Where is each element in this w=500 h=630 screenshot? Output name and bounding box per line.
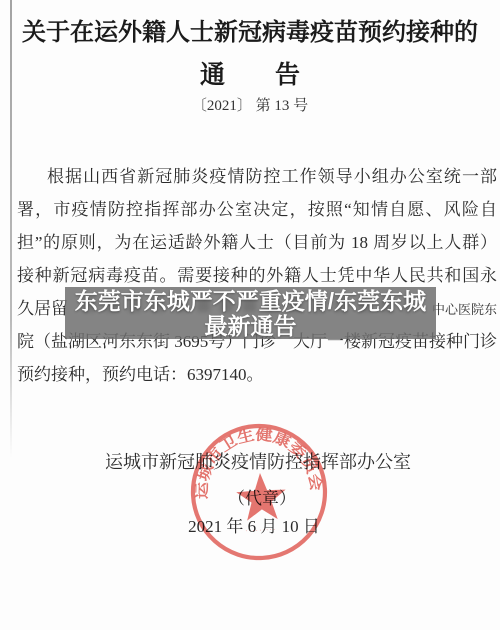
body-line-7: 预约接种，预约电话：6397140。: [17, 358, 497, 391]
notice-document: 关于在运外籍人士新冠病毒疫苗预约接种的 通 告 〔2021〕 第 13 号 根据…: [0, 0, 500, 630]
official-red-seal: 运城市卫生健康委员会 ·········: [178, 411, 341, 574]
body-line-1: 根据山西省新冠肺炎疫情防控工作领导小组办公室统一部: [17, 160, 497, 193]
document-number: 〔2021〕 第 13 号: [0, 94, 500, 115]
body-line-2: 署，市疫情防控指挥部办公室决定，按照“知情自愿、风险自: [17, 193, 497, 226]
watermark-banner: 东莞市东城严不严重疫情/东莞东城 最新通告: [65, 287, 436, 339]
notice-title-line1: 关于在运外籍人士新冠病毒疫苗预约接种的: [0, 12, 500, 47]
body-line-3: 担”的原则，为在运适龄外籍人士（目前为 18 周岁以上人群）: [17, 226, 497, 259]
body-line-5-right: 中心医院东: [432, 293, 497, 326]
body-line-5-left: 久居留: [17, 292, 68, 325]
seal-micro-text: ·········: [245, 527, 277, 535]
seal-star-icon: [235, 472, 287, 522]
notice-title-line2: 通 告: [0, 55, 500, 91]
watermark-banner-line2: 最新通告: [205, 314, 297, 338]
notice-body: 根据山西省新冠肺炎疫情防控工作领导小组办公室统一部 署，市疫情防控指挥部办公室决…: [17, 160, 497, 391]
watermark-banner-line1: 东莞市东城严不严重疫情/东莞东城: [75, 288, 426, 314]
